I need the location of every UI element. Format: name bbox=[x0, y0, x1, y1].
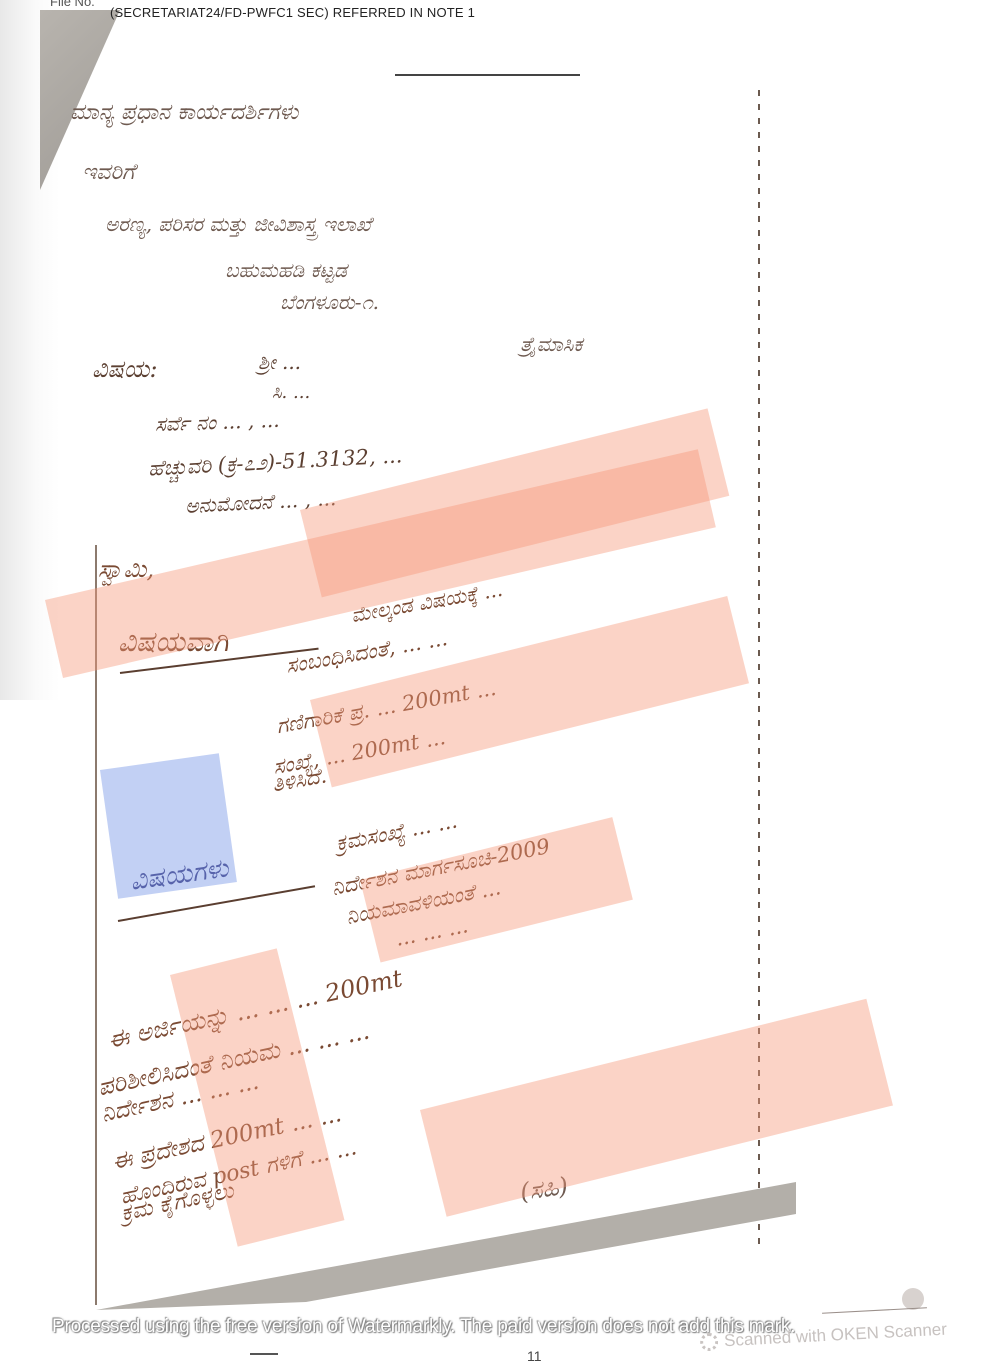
salutation-line: ಮಾನ್ಯ ಪ್ರಧಾನ ಕಾರ್ಯದರ್ಶಿಗಳು bbox=[70, 100, 298, 125]
top-rule bbox=[395, 74, 580, 76]
address-line-1: ಅರಣ್ಯ, ಪರಿಸರ ಮತ್ತು ಜೀವಿಶಾಸ್ತ್ರ ಇಲಾಖೆ bbox=[105, 212, 371, 236]
address-line-3: ಬೆಂಗಳೂರು-೧. bbox=[280, 290, 379, 314]
reference-header: (SECRETARIAT24/FD-PWFC1 SEC) REFERRED IN… bbox=[110, 5, 475, 20]
highlight-overlay-blue bbox=[100, 753, 237, 898]
subject-line-3: ಸರ್ವೆ ನಂ ... , ... bbox=[155, 408, 280, 436]
stamp-line bbox=[822, 1307, 927, 1313]
date-note: ತ್ರೈಮಾಸಿಕ bbox=[520, 332, 582, 356]
watermark-text: Processed using the free version of Wate… bbox=[52, 1316, 795, 1338]
oken-scanner-icon bbox=[700, 1333, 719, 1352]
highlight-overlay-6 bbox=[420, 999, 893, 1217]
subject-line-2: ಸಿ. ... bbox=[272, 382, 310, 403]
address-line-2: ಬಹುಮಹಡಿ ಕಟ್ಟಡ bbox=[225, 258, 347, 282]
highlight-overlay-3 bbox=[310, 596, 749, 787]
footer-dash bbox=[250, 1353, 278, 1355]
page-number: 11 bbox=[527, 1348, 542, 1364]
subject-line-1: ಶ್ರೀ ... bbox=[258, 350, 301, 374]
subject-label: ವಿಷಯ: bbox=[92, 355, 158, 383]
section2-line-1: ಕ್ರಮಸಂಖ್ಯೆ ... ... bbox=[334, 808, 460, 856]
to-line: ಇವರಿಗೆ bbox=[82, 160, 135, 185]
subject-line-4: ಹೆಚ್ಚುವರಿ (ಕ್ರ-೭೨)-51.3132, ... bbox=[148, 443, 403, 481]
file-number-label: File No. bbox=[50, 0, 95, 9]
